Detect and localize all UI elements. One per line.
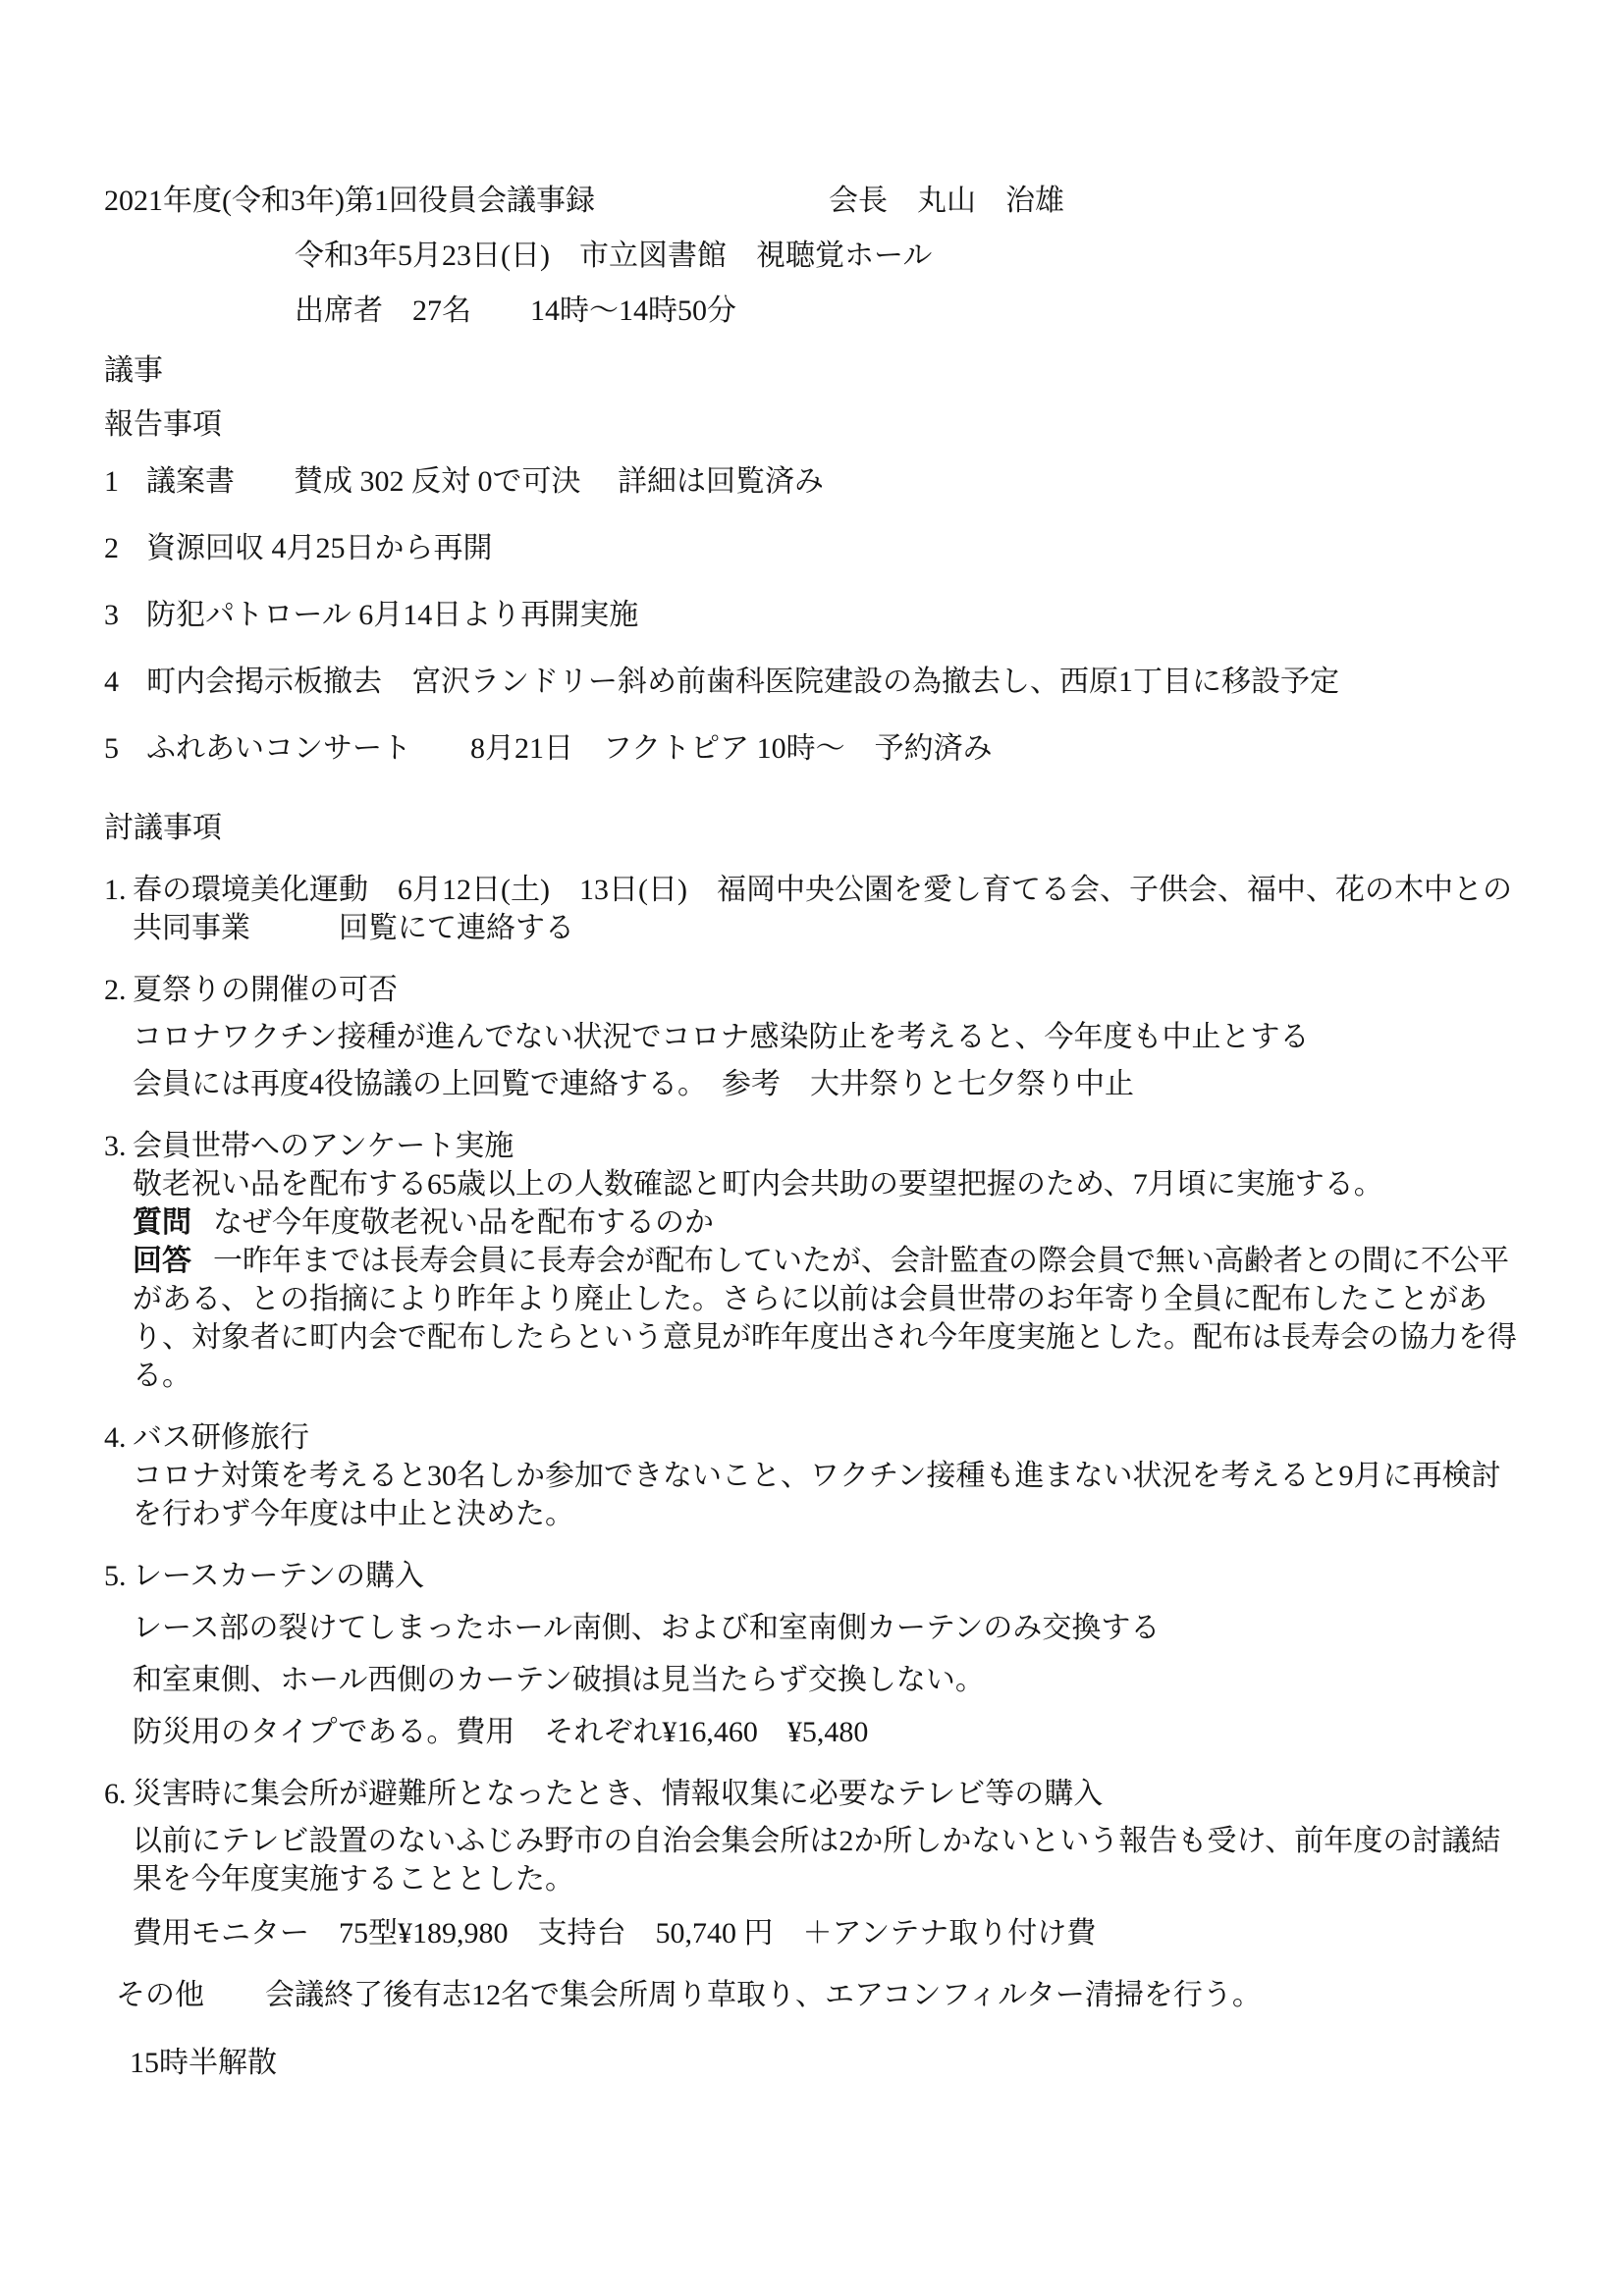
discussion-item-body: 以前にテレビ設置のないふじみ野市の自治会集会所は2か所しかないという報告も受け、… bbox=[133, 1822, 1525, 1898]
discussion-item-title: 夏祭りの開催の可否 bbox=[133, 971, 1525, 1009]
other-label: その他 bbox=[116, 1976, 204, 2014]
chairman-name: 会長 丸山 治雄 bbox=[829, 182, 1064, 220]
discussion-heading: 討議事項 bbox=[104, 809, 1525, 847]
discussion-item-body-line: 和室東側、ホール西側のカーテン破損は見当たらず交換しない。 bbox=[133, 1661, 1525, 1699]
discussion-item-number: 5. bbox=[104, 1557, 133, 1751]
discussion-item-number: 6. bbox=[104, 1775, 133, 1952]
discussion-item: 5. レースカーテンの購入 レース部の裂けてしまったホール南側、および和室南側カ… bbox=[104, 1557, 1525, 1751]
report-item-text: ふれあいコンサート 8月21日 フクトピア 10時〜 予約済み bbox=[146, 721, 1525, 777]
report-item-number: 2 bbox=[104, 520, 146, 577]
discussion-item-number: 3. bbox=[104, 1127, 133, 1395]
report-item: 4 町内会掲示板撤去 宮沢ランドリー斜め前歯科医院建設の為撤去し、西原1丁目に移… bbox=[104, 654, 1525, 711]
meeting-minutes-document: 2021年度(令和3年)第1回役員会議事録 会長 丸山 治雄 令和3年5月23日… bbox=[0, 0, 1623, 2296]
report-item-text: 防犯パトロール 6月14日より再開実施 bbox=[146, 587, 1525, 644]
report-item-number: 3 bbox=[104, 587, 146, 644]
report-item: 5 ふれあいコンサート 8月21日 フクトピア 10時〜 予約済み bbox=[104, 721, 1525, 777]
discussion-item-main: 夏祭りの開催の可否 コロナワクチン接種が進んでない状況でコロナ感染防止を考えると… bbox=[133, 971, 1525, 1103]
report-item-text: 資源回収 4月25日から再開 bbox=[146, 520, 1525, 577]
discussion-item-title: 災害時に集会所が避難所となったとき、情報収集に必要なテレビ等の購入 bbox=[133, 1775, 1525, 1813]
report-item: 3 防犯パトロール 6月14日より再開実施 bbox=[104, 587, 1525, 644]
discussion-item-intro: 敬老祝い品を配布する65歳以上の人数確認と町内会共助の要望把握のため、7月頃に実… bbox=[133, 1165, 1525, 1203]
answer-text: 一昨年までは長寿会員に長寿会が配布していたが、会計監査の際会員で無い高齢者との間… bbox=[133, 1245, 1517, 1392]
discussion-item: 3. 会員世帯へのアンケート実施 敬老祝い品を配布する65歳以上の人数確認と町内… bbox=[104, 1127, 1525, 1395]
discussion-item-body-line: 防災用のタイプである。費用 それぞれ¥16,460 ¥5,480 bbox=[133, 1713, 1525, 1751]
report-heading: 報告事項 bbox=[104, 405, 1525, 444]
discussion-item-body-line: コロナワクチン接種が進んでない状況でコロナ感染防止を考えると、今年度も中止とする bbox=[133, 1018, 1525, 1056]
cost-line: 費用モニター 75型¥189,980 支持台 50,740 円 ＋アンテナ取り付… bbox=[133, 1914, 1525, 1952]
report-item-text: 議案書 賛成 302 反対 0で可決 詳細は回覧済み bbox=[146, 454, 1525, 510]
discussion-item: 2. 夏祭りの開催の可否 コロナワクチン接種が進んでない状況でコロナ感染防止を考… bbox=[104, 971, 1525, 1103]
discussion-item-main: バス研修旅行 コロナ対策を考えると30名しか参加できないこと、ワクチン接種も進ま… bbox=[133, 1418, 1525, 1533]
document-title: 2021年度(令和3年)第1回役員会議事録 bbox=[104, 182, 595, 220]
report-item: 2 資源回収 4月25日から再開 bbox=[104, 520, 1525, 577]
discussion-item-title: 会員世帯へのアンケート実施 bbox=[133, 1127, 1525, 1165]
discussion-item-body: コロナ対策を考えると30名しか参加できないこと、ワクチン接種も進まない状況を考え… bbox=[133, 1457, 1525, 1533]
discussion-item-main: 災害時に集会所が避難所となったとき、情報収集に必要なテレビ等の購入 以前にテレビ… bbox=[133, 1775, 1525, 1952]
report-item-number: 4 bbox=[104, 654, 146, 711]
discussion-item: 4. バス研修旅行 コロナ対策を考えると30名しか参加できないこと、ワクチン接種… bbox=[104, 1418, 1525, 1533]
title-row: 2021年度(令和3年)第1回役員会議事録 会長 丸山 治雄 bbox=[104, 182, 1525, 220]
date-venue-line: 令和3年5月23日(日) 市立図書館 視聴覚ホール bbox=[104, 237, 1525, 275]
closing-line: 15時半解散 bbox=[104, 2044, 1525, 2082]
answer-paragraph: 回答一昨年までは長寿会員に長寿会が配布していたが、会計監査の際会員で無い高齢者と… bbox=[133, 1242, 1525, 1395]
question-text: なぜ今年度敬老祝い品を配布するのか bbox=[213, 1206, 714, 1239]
report-item: 1 議案書 賛成 302 反対 0で可決 詳細は回覧済み bbox=[104, 454, 1525, 510]
agenda-label: 議事 bbox=[104, 351, 1525, 390]
discussion-item-title: 春の環境美化運動 6月12日(土) 13日(日) 福岡中央公園を愛し育てる会、子… bbox=[133, 871, 1525, 947]
attendance-line: 出席者 27名 14時〜14時50分 bbox=[104, 292, 1525, 330]
question-line: 質問なぜ今年度敬老祝い品を配布するのか bbox=[133, 1203, 1525, 1242]
discussion-item-main: 会員世帯へのアンケート実施 敬老祝い品を配布する65歳以上の人数確認と町内会共助… bbox=[133, 1127, 1525, 1395]
report-item-number: 1 bbox=[104, 454, 146, 510]
discussion-item-body-line: 会員には再度4役協議の上回覧で連絡する。 参考 大井祭りと七夕祭り中止 bbox=[133, 1065, 1525, 1103]
discussion-item: 1. 春の環境美化運動 6月12日(土) 13日(日) 福岡中央公園を愛し育てる… bbox=[104, 871, 1525, 947]
discussion-item-title: レースカーテンの購入 bbox=[133, 1557, 1525, 1595]
discussion-item-body-line: レース部の裂けてしまったホール南側、および和室南側カーテンのみ交換する bbox=[133, 1609, 1525, 1647]
discussion-item-number: 2. bbox=[104, 971, 133, 1103]
discussion-item-title: バス研修旅行 bbox=[133, 1418, 1525, 1457]
discussion-item-main: 春の環境美化運動 6月12日(土) 13日(日) 福岡中央公園を愛し育てる会、子… bbox=[133, 871, 1525, 947]
report-item-text: 町内会掲示板撤去 宮沢ランドリー斜め前歯科医院建設の為撤去し、西原1丁目に移設予… bbox=[146, 654, 1525, 711]
discussion-item-main: レースカーテンの購入 レース部の裂けてしまったホール南側、および和室南側カーテン… bbox=[133, 1557, 1525, 1751]
discussion-item: 6. 災害時に集会所が避難所となったとき、情報収集に必要なテレビ等の購入 以前に… bbox=[104, 1775, 1525, 1952]
other-row: その他 会議終了後有志12名で集会所周り草取り、エアコンフィルター清掃を行う。 bbox=[104, 1976, 1525, 2014]
discussion-item-number: 1. bbox=[104, 871, 133, 947]
report-item-number: 5 bbox=[104, 721, 146, 777]
discussion-item-number: 4. bbox=[104, 1418, 133, 1533]
question-label: 質問 bbox=[133, 1206, 191, 1239]
answer-label: 回答 bbox=[133, 1245, 191, 1277]
other-text: 会議終了後有志12名で集会所周り草取り、エアコンフィルター清掃を行う。 bbox=[265, 1976, 1262, 2014]
